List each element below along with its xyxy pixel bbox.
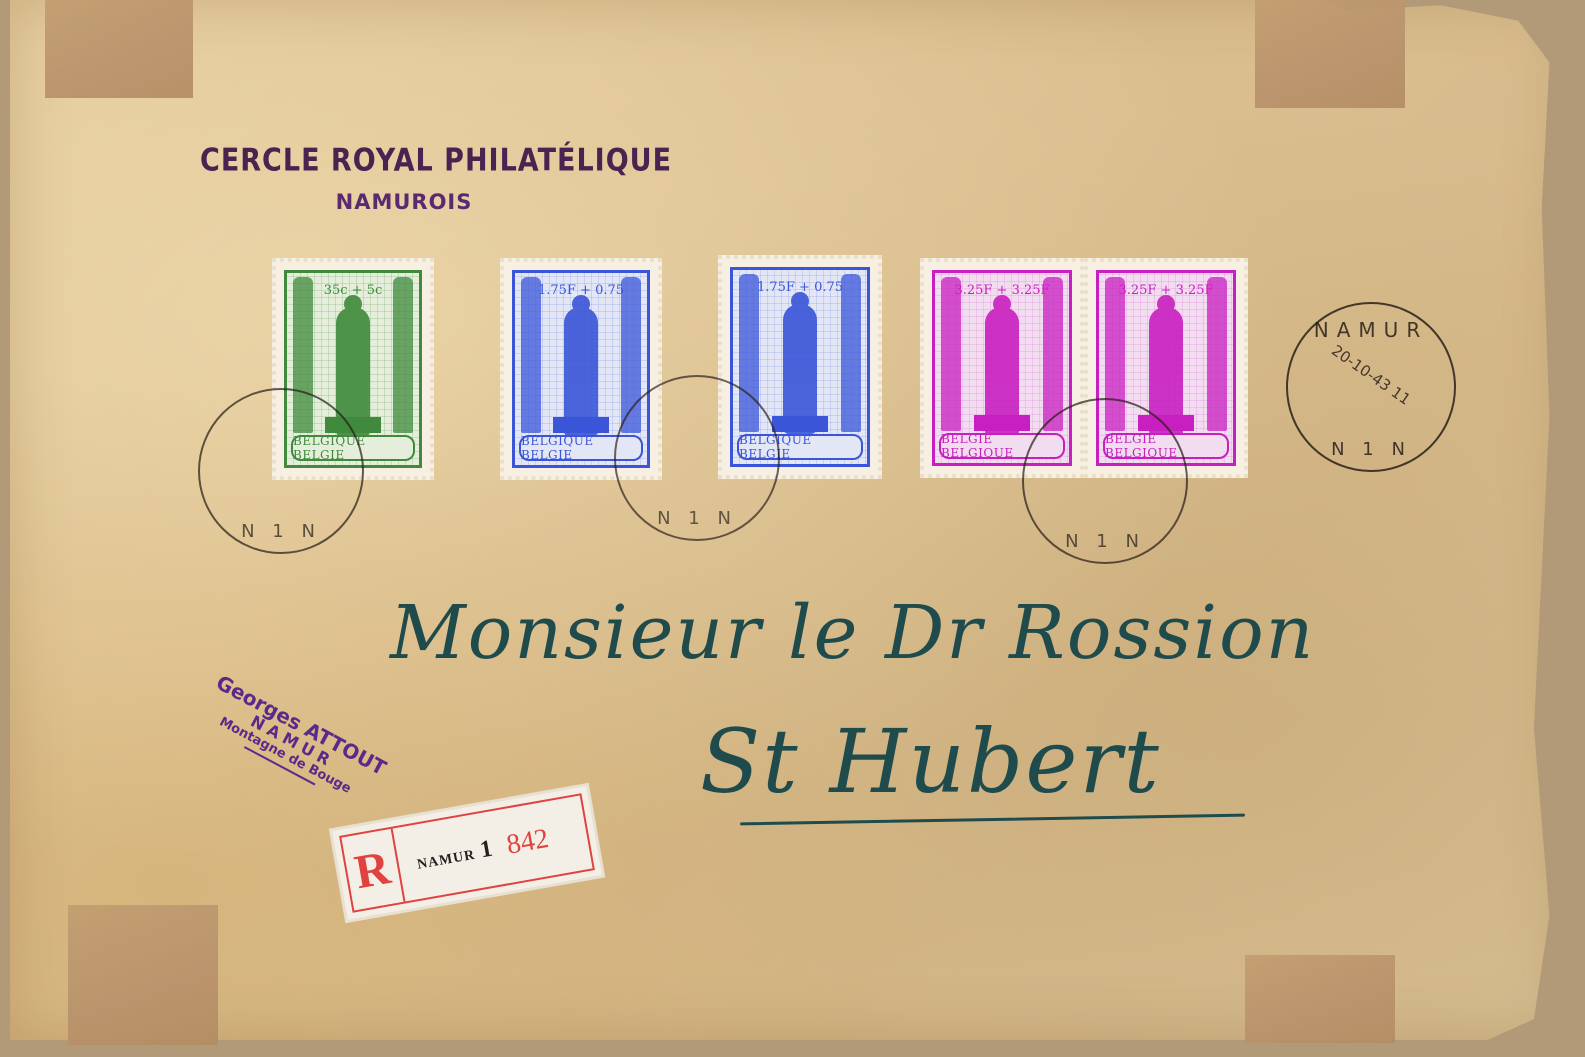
address-line-2: St Hubert	[700, 710, 1161, 813]
postmark: NAMUR 20-10-43 11 N 1 N	[1286, 302, 1456, 472]
pillar-icon	[841, 274, 861, 432]
postmark-code: N 1 N	[1288, 439, 1454, 460]
postmark: N 1 N	[198, 388, 364, 554]
stamp-value: 1.75F + 0.75	[733, 280, 867, 295]
pedestal	[553, 417, 609, 433]
pedestal	[974, 415, 1030, 431]
tape-bottom-right	[1245, 955, 1395, 1043]
stamp-value: 3.25F + 3.25F	[935, 283, 1069, 298]
registration-office-number: 1	[478, 835, 495, 863]
pillar-icon	[1207, 277, 1227, 431]
pillar-icon	[941, 277, 961, 431]
tape-top-left	[45, 0, 193, 98]
pedestal	[772, 416, 828, 432]
registration-office-name: NAMUR	[416, 847, 476, 872]
stamp-value: 1.75F + 0.75	[515, 283, 647, 298]
postmark-code: N 1 N	[200, 521, 362, 542]
registration-number: 842	[504, 823, 551, 862]
pillar-icon	[521, 277, 541, 433]
postmark-code: N 1 N	[1024, 531, 1186, 552]
postmark-code: N 1 N	[616, 508, 778, 529]
address-line-1: Monsieur le Dr Rossion	[390, 590, 1315, 676]
stamp-value: 3.25F + 3.25F	[1099, 283, 1233, 298]
pillar-icon	[393, 277, 413, 433]
club-handstamp-line1: CERCLE ROYAL PHILATÉLIQUE	[200, 143, 600, 179]
postmark: N 1 N	[614, 375, 780, 541]
club-handstamp-line2: NAMUROIS	[200, 190, 600, 214]
tape-bottom-left	[68, 905, 218, 1045]
postmark: N 1 N	[1022, 398, 1188, 564]
tape-top-right	[1255, 0, 1405, 108]
club-handstamp: CERCLE ROYAL PHILATÉLIQUE NAMUROIS	[200, 145, 600, 214]
statue-icon	[783, 304, 817, 434]
pillar-icon	[1043, 277, 1063, 431]
stamp-value: 35c + 5c	[287, 283, 419, 298]
registration-letter: R	[341, 829, 405, 911]
registration-office: NAMUR1	[414, 835, 495, 875]
